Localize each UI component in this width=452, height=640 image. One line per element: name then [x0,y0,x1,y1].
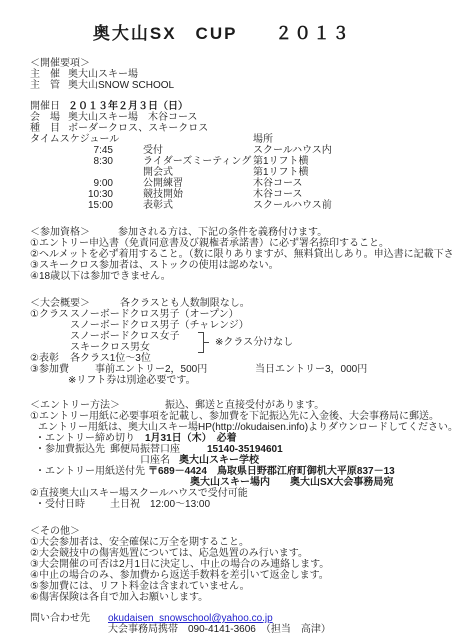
class-label: ①クラス [30,309,70,320]
entry-account-row: 口座名 奥大山スキー学校 [30,455,444,466]
schedule-place: 第1リフト横 [253,167,309,178]
qualification-heading: ＜参加資格＞ [30,227,90,238]
category-label: 種 目 [30,123,68,134]
class-item: スノーボードクロス男子（チャレンジ） [30,320,444,331]
schedule-event: 開会式 [143,167,253,178]
deadline-label: ・エントリー締め切り [35,433,145,444]
page-title: 奥大山SX CUP ２０１３ [30,24,414,44]
entry-item2: ②直接奥大山スキー場スクールハウスで受付可能 [30,488,444,499]
fee-pre-entry: 事前エントリー2，500円 [95,364,255,375]
class-group-bracket [198,332,204,353]
schedule-place: 木谷コース [253,178,303,189]
schedule-row: 9:00 公開練習 木谷コース [30,178,444,189]
deadline-value: 1月31日（木） 必着 [145,433,237,444]
schedule-time: 8:30 [30,156,113,167]
schedule-time: 15:00 [30,200,113,211]
schedule-event: 公開練習 [143,178,253,189]
contact-details: okudaisen_snowschool@yahoo.co.jp 大会事務局携帯… [108,613,331,635]
payment-account-label: 郵便局振替口座 [110,444,207,455]
payment-label: ・参加費振込先 [35,444,110,455]
entry-heading: ＜エントリー方法＞ [30,400,120,411]
qualification-intro: 参加される方は、下記の条件を義務付けます。 [118,227,327,238]
account-name-value: 奥大山スキー学校 [179,455,259,466]
schedule-row: 8:30 ライダーズミーティング 第1リフト横 [30,156,444,167]
overview-heading: ＜大会概要＞ [30,298,90,309]
schedule-row: 15:00 表彰式 スクールハウス前 [30,200,444,211]
others-item: ⑥傷害保険は各自で加入お願いします。 [30,592,444,603]
others-item: ②大会競技中の傷害処置については、応急処置のみ行います。 [30,548,444,559]
date-value: ２０１３年２月３日（日） [68,101,188,112]
schedule-event: ライダーズミーティング [143,156,253,167]
date-row: 開催日 ２０１３年２月３日（日） [30,101,444,112]
manager-row: 主 管 奥大山SNOW SCHOOL [30,80,444,91]
organizer-label: 主 催 [30,69,68,80]
organizer-value: 奥大山スキー場 [68,69,138,80]
entry-heading-row: ＜エントリー方法＞ 振込、郵送と直接受付があります。 [30,400,444,411]
venue-row: 会 場 奥大山スキー場 木谷コース [30,112,444,123]
venue-label: 会 場 [30,112,68,123]
qualification-heading-row: ＜参加資格＞ 参加される方は、下記の条件を義務付けます。 [30,227,444,238]
overview-heading-row: ＜大会概要＞ 各クラスとも人数制限なし。 [30,298,444,309]
schedule-row: 7:45 受付 スクールハウス内 [30,145,444,156]
schedule-time: 9:00 [30,178,113,189]
schedule-row: 開会式 第1リフト横 [30,167,444,178]
qualification-item: ④18歳以下は参加できません。 [30,271,444,282]
schedule-event: 受付 [143,145,253,156]
section-outline: ＜開催要項＞ 主 催 奥大山スキー場 主 管 奥大山SNOW SCHOOL [30,58,444,91]
reception-label: ・受付日時 [35,499,110,510]
overview-intro: 各クラスとも人数制限なし。 [120,298,250,309]
reception-value: 土日祝 12:00～13:00 [110,499,210,510]
qualification-item: ①エントリー申込書（免責同意書及び親権者承諾書）に必ず署名捺印すること。 [30,238,444,249]
fee-row: ③参加費 事前エントリー2，500円 当日エントリー3，000円 [30,364,444,375]
venue-value: 奥大山スキー場 木谷コース [68,112,198,123]
schedule-place-header: 場所 [253,134,273,145]
fee-label: ③参加費 [30,364,95,375]
entry-item1: ①エントリー用紙に必要事項を記載し、参加費を下記振込先に入金後、大会事務局に郵送… [30,411,444,422]
schedule-place: 第1リフト横 [253,156,309,167]
class-row: ①クラス スノーボードクロス男子（オープン） [30,309,444,320]
event-flyer-page: 奥大山SX CUP ２０１３ ＜開催要項＞ 主 催 奥大山スキー場 主 管 奥大… [0,0,452,640]
contact-email-link[interactable]: okudaisen_snowschool@yahoo.co.jp [108,613,273,624]
section-contact: 問い合わせ先 okudaisen_snowschool@yahoo.co.jp … [30,613,444,635]
schedule-time: 10:30 [30,189,113,200]
schedule-place: 木谷コース [253,189,303,200]
schedule-label: タイムスケジュール [30,134,119,145]
contact-phone: 大会事務局携帯 090-4141-3606 （担当 高津） [108,624,331,635]
award-label: ②表彰 [30,353,70,364]
manager-value: 奥大山SNOW SCHOOL [68,80,174,91]
qualification-item: ③スキークロス参加者は、ストックの使用は認めない。 [30,260,444,271]
class-group-note: ※クラス分けなし [215,337,293,348]
account-name-label: 口座名 [140,455,170,466]
manager-label: 主 管 [30,80,68,91]
schedule-header: タイムスケジュール 場所 [30,134,444,145]
section-event-info: 開催日 ２０１３年２月３日（日） 会 場 奥大山スキー場 木谷コース 種 目 ボ… [30,101,444,211]
fee-day-entry: 当日エントリー3，000円 [255,364,367,375]
schedule-event: 競技開始 [143,189,253,200]
class-group-wrap: スノーボードクロス女子 スキークロス男女 ※クラス分けなし [30,331,444,353]
entry-reception-row: ・受付日時 土日祝 12:00～13:00 [30,499,444,510]
outline-heading: ＜開催要項＞ [30,58,444,69]
section-overview: ＜大会概要＞ 各クラスとも人数制限なし。 ①クラス スノーボードクロス男子（オー… [30,298,444,386]
mailing-label: ・エントリー用紙送付先 [35,466,148,477]
schedule-place: スクールハウス前 [253,200,332,211]
date-label: 開催日 [30,101,68,112]
category-row: 種 目 ボーダークロス、スキークロス [30,123,444,134]
entry-intro: 振込、郵送と直接受付があります。 [165,400,324,411]
schedule-place: スクールハウス内 [253,145,332,156]
schedule-row: 10:30 競技開始 木谷コース [30,189,444,200]
mailing-address2: 奥大山スキー場内 奥大山SX大会事務局宛 [30,477,444,488]
award-value: 各クラス1位～3位 [70,353,151,364]
section-others: ＜その他＞ ①大会参加者は、安全確保に万全を期すること。 ②大会競技中の傷害処置… [30,526,444,603]
payment-account-number: 15140-35194601 [207,444,283,455]
schedule-time: 7:45 [30,145,113,156]
schedule-event: 表彰式 [143,200,253,211]
class-item: スノーボードクロス男子（オープン） [70,309,239,320]
award-row: ②表彰 各クラス1位～3位 [30,353,444,364]
contact-label: 問い合わせ先 [30,613,108,635]
schedule-time [30,167,113,178]
organizer-row: 主 催 奥大山スキー場 [30,69,444,80]
others-item: ①大会参加者は、安全確保に万全を期すること。 [30,537,444,548]
entry-deadline-row: ・エントリー締め切り 1月31日（木） 必着 [30,433,444,444]
entry-item1b: エントリー用紙は、奥大山スキー場HP(http://okudaisen.info… [30,422,444,433]
qualification-item: ②ヘルメットを必ず着用すること。（数に限りありますが、無料貸出しあり。申込書に記… [30,249,444,260]
others-heading: ＜その他＞ [30,526,444,537]
section-qualification: ＜参加資格＞ 参加される方は、下記の条件を義務付けます。 ①エントリー申込書（免… [30,227,444,282]
category-value: ボーダークロス、スキークロス [68,123,208,134]
others-item: ③大会開催の可否は2月1日に決定し、中止の場合のみ連絡します。 [30,559,444,570]
entry-payment-row: ・参加費振込先 郵便局振替口座 15140-35194601 [30,444,444,455]
others-item: ⑤参加費には、リフト料金は含まれていません。 [30,581,444,592]
section-entry: ＜エントリー方法＞ 振込、郵送と直接受付があります。 ①エントリー用紙に必要事項… [30,400,444,510]
fee-note: ※リフト券は別途必要です。 [30,375,444,386]
entry-mailing-row: ・エントリー用紙送付先 〒689－4424 鳥取県日野郡江府町御机大平原837－… [30,466,444,477]
mailing-address: 〒689－4424 鳥取県日野郡江府町御机大平原837－13 [148,466,395,477]
others-item: ④中止の場合のみ、参加費から返送手数料を差引いて返金します。 [30,570,444,581]
